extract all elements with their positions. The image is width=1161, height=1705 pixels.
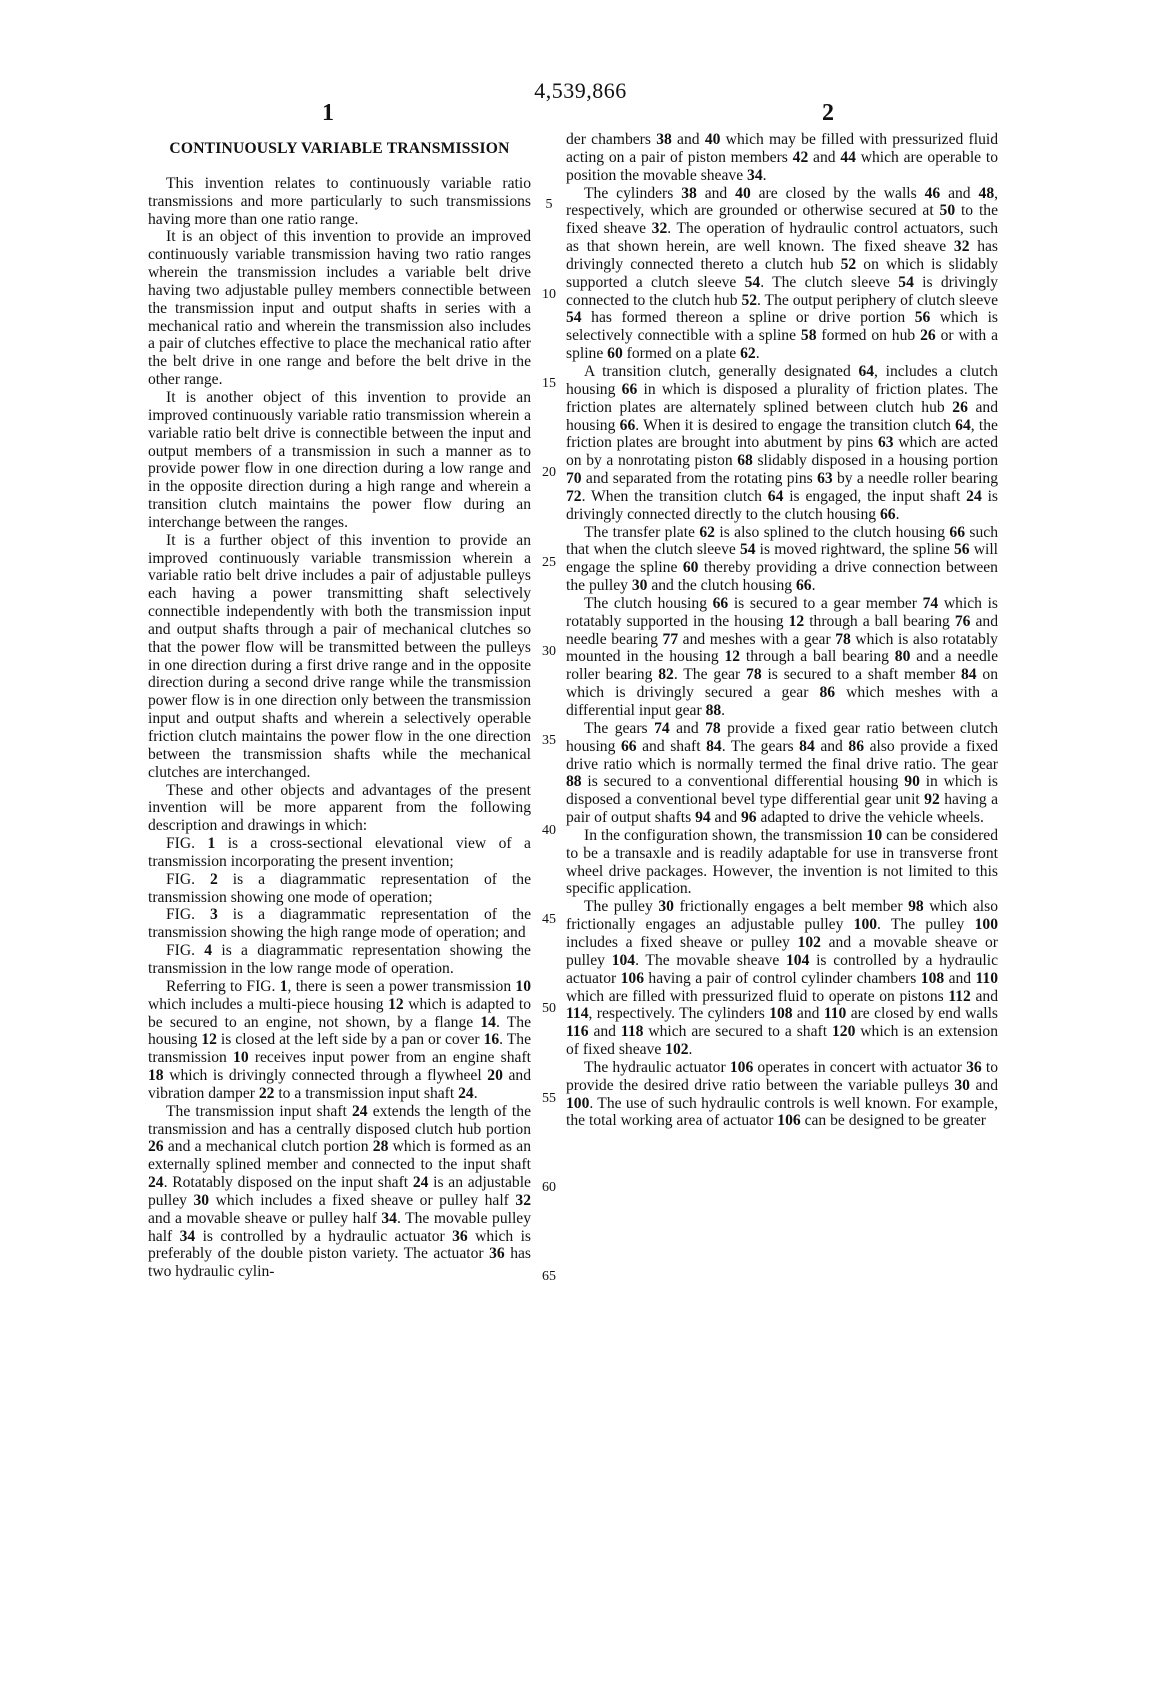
line-number: 35 — [538, 733, 560, 749]
line-number: 60 — [538, 1180, 560, 1196]
paragraph: In the configuration shown, the transmis… — [566, 827, 998, 898]
line-number: 5 — [538, 197, 560, 213]
column-number-left: 1 — [322, 100, 334, 127]
paragraph: Referring to FIG. 1, there is seen a pow… — [148, 978, 531, 1103]
right-paragraphs: der chambers 38 and 40 which may be fill… — [566, 131, 998, 1130]
line-number: 40 — [538, 823, 560, 839]
line-number: 20 — [538, 465, 560, 481]
paragraph: This invention relates to continuously v… — [148, 175, 531, 229]
paragraph: FIG. 4 is a diagrammatic representation … — [148, 942, 531, 978]
line-number: 45 — [538, 912, 560, 928]
paragraph: It is another object of this invention t… — [148, 389, 531, 532]
paragraph: The transmission input shaft 24 extends … — [148, 1103, 531, 1281]
paragraph: The clutch housing 66 is secured to a ge… — [566, 595, 998, 720]
right-column: der chambers 38 and 40 which may be fill… — [566, 131, 998, 1130]
paragraph: The pulley 30 frictionally engages a bel… — [566, 898, 998, 1059]
line-number: 65 — [538, 1269, 560, 1285]
paragraph: The transfer plate 62 is also splined to… — [566, 524, 998, 595]
paragraph: The cylinders 38 and 40 are closed by th… — [566, 185, 998, 363]
left-column: CONTINUOUSLY VARIABLE TRANSMISSION This … — [148, 138, 531, 1281]
paragraph: It is a further object of this invention… — [148, 532, 531, 782]
line-number: 50 — [538, 1001, 560, 1017]
left-paragraphs: This invention relates to continuously v… — [148, 175, 531, 1281]
line-number: 10 — [538, 287, 560, 303]
paragraph: der chambers 38 and 40 which may be fill… — [566, 131, 998, 185]
paragraph: The hydraulic actuator 106 operates in c… — [566, 1059, 998, 1130]
paragraph: It is an object of this invention to pro… — [148, 228, 531, 389]
paragraph: These and other objects and advantages o… — [148, 782, 531, 836]
paragraph: The gears 74 and 78 provide a fixed gear… — [566, 720, 998, 827]
paragraph: FIG. 1 is a cross-sectional elevational … — [148, 835, 531, 871]
column-number-right: 2 — [822, 100, 834, 127]
paragraph: FIG. 2 is a diagrammatic representation … — [148, 871, 531, 907]
line-number: 55 — [538, 1091, 560, 1107]
paragraph: A transition clutch, generally designate… — [566, 363, 998, 524]
line-number: 30 — [538, 644, 560, 660]
line-number: 25 — [538, 555, 560, 571]
line-number: 15 — [538, 376, 560, 392]
paragraph: FIG. 3 is a diagrammatic representation … — [148, 906, 531, 942]
patent-number: 4,539,866 — [0, 78, 1161, 104]
document-title: CONTINUOUSLY VARIABLE TRANSMISSION — [148, 140, 531, 158]
